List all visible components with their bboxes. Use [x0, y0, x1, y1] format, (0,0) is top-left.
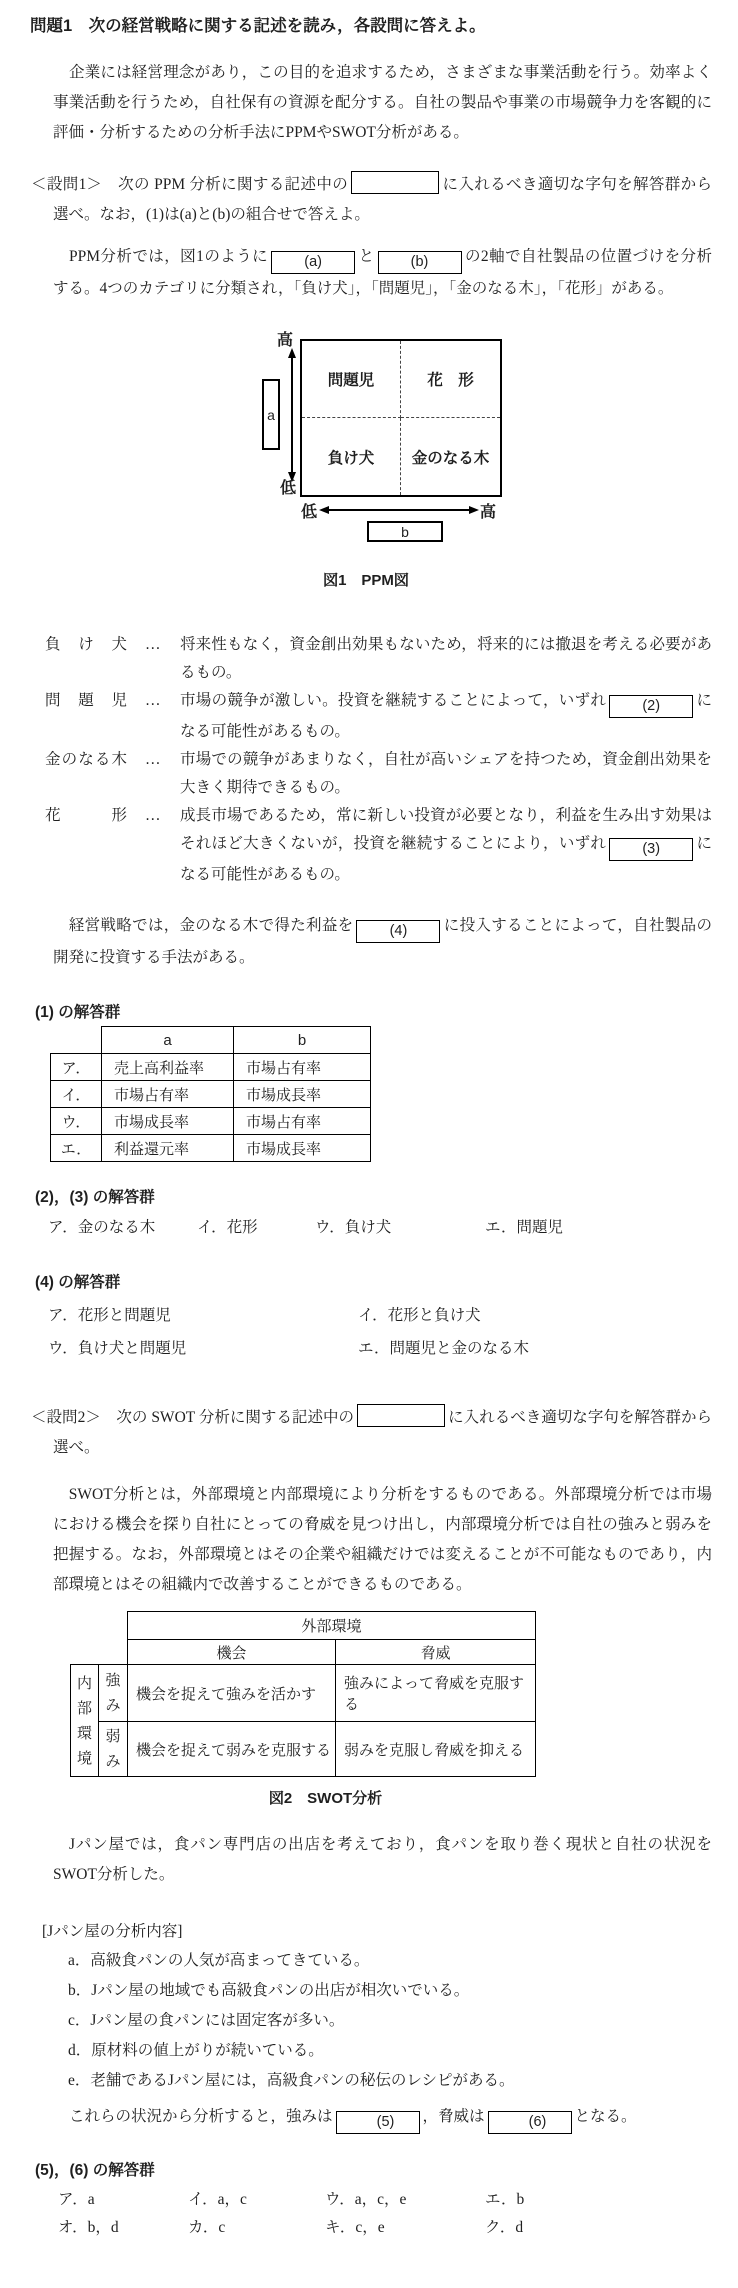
row-label: エ．: [51, 1135, 102, 1162]
answer-group-4-heading: (4) の解答群: [35, 1270, 738, 1292]
column-header-a: a: [102, 1027, 234, 1054]
quadrant-cash-cow: 金のなる木: [401, 418, 500, 495]
ppm-paragraph: PPM分析では，図1のように(a)と(b)の2軸で自社製品の位置づけを分析する。…: [53, 242, 712, 303]
option: ア．a: [58, 2186, 188, 2214]
x-axis-high-label: 高: [480, 499, 496, 522]
option: ア．金のなる木: [48, 1218, 197, 1237]
ppm-pre: PPM分析では，図1のように: [53, 248, 268, 265]
definition-star: 花形 … 成長市場であるため，常に新しい投資が必要となり，利益を生み出す効果はそ…: [45, 802, 712, 889]
figure1-ppm-diagram: 高 a 低 問題児 花 形 負け犬 金のなる木 低 高 b 図1 PPM図: [130, 331, 610, 593]
swot-header-row-1: 外部環境: [71, 1612, 536, 1640]
cell-strength-opportunity: 機会を捉えて強みを活かす: [128, 1665, 336, 1722]
row-label: ウ．: [51, 1108, 102, 1135]
y-axis-low-label: 低: [280, 475, 296, 498]
definition-dots: …: [127, 746, 180, 774]
q1-fill-in-blank-box: [351, 171, 439, 194]
answer-group-1-heading: (1) の解答群: [35, 1000, 738, 1022]
axis-b-box: b: [367, 521, 443, 542]
quadrant-problem-child: 問題児: [302, 341, 401, 418]
analysis-item-e: e．老舗であるJパン屋には，高級食パンの秘伝のレシピがある。: [68, 2066, 738, 2096]
definition-term: 花形: [45, 802, 127, 830]
blank-box-4: (4): [356, 920, 440, 943]
answer-group-23-heading: (2)，(3) の解答群: [35, 1185, 738, 1207]
intro-paragraph: 企業には経営理念があり，この目的を追求するため，さまざまな事業活動を行う。効率よ…: [53, 58, 712, 148]
definition-dog: 負け犬 … 将来性もなく，資金創出効果もないため，将来的には撤退を考える必要があ…: [45, 631, 712, 687]
definition-text: 市場での競争があまりなく，自社が高いシェアを持つため，資金創出効果を大きく期待で…: [180, 746, 712, 802]
question2-lead: ＜設問2＞ 次の SWOT 分析に関する記述中のに入れるべき適切な字句を解答群か…: [53, 1403, 712, 1463]
jbakery-paragraph: Jパン屋では，食パン専門店の出店を考えており，食パンを取り巻く現状と自社の状況を…: [53, 1830, 712, 1890]
cell-a-value: 利益還元率: [102, 1135, 234, 1162]
analysis-item-d: d．原材料の値上がりが続いている。: [68, 2036, 738, 2066]
analysis-item-c: c．Jパン屋の食パンには固定客が多い。: [68, 2006, 738, 2036]
analysis-list-title: [Jパン屋の分析内容]: [42, 1920, 738, 1944]
threat-header: 脅威: [336, 1640, 536, 1665]
swot-strength-row: 内部環境 強み 機会を捉えて強みを活かす 強みによって脅威を克服する: [71, 1665, 536, 1722]
answer-group-23-options: ア．金のなる木 イ．花形 ウ．負け犬 エ．問題児: [48, 1218, 738, 1237]
options-row: ウ．負け犬と問題児 エ．問題児と金のなる木: [48, 1332, 738, 1365]
strategy-paragraph: 経営戦略では，金のなる木で得た利益を(4)に投入することによって，自社製品の開発…: [53, 911, 712, 973]
row-label: イ．: [51, 1081, 102, 1108]
blank-box-b: (b): [378, 251, 462, 274]
option: カ．c: [188, 2214, 325, 2242]
option: エ．b: [485, 2186, 738, 2214]
definition-dots: …: [127, 802, 180, 830]
definition-dots: …: [127, 687, 180, 715]
definition-text: 成長市場であるため，常に新しい投資が必要となり，利益を生み出す効果はそれほど大き…: [180, 802, 712, 889]
option: イ．花形と負け犬: [358, 1299, 481, 1332]
blank-box-6: (6): [488, 2111, 572, 2134]
weakness-label: 弱み: [99, 1722, 128, 1777]
empty-corner-cell: [71, 1640, 128, 1665]
definition-text-pre: 市場の競争が激しい。投資を継続することによって，いずれ: [180, 692, 606, 709]
cell-weakness-opportunity: 機会を捉えて弱みを克服する: [128, 1722, 336, 1777]
internal-environment-label: 内部環境: [71, 1665, 99, 1777]
answer-group-56-options: ア．a イ．a，c ウ．a，c，e エ．b オ．b，d カ．c キ．c，e ク．…: [58, 2186, 738, 2242]
cell-b-value: 市場成長率: [234, 1081, 371, 1108]
q2-fill-in-blank-box: [357, 1404, 445, 1427]
ppm-matrix: 問題児 花 形 負け犬 金のなる木: [300, 339, 502, 497]
conclusion-post: となる。: [575, 2108, 637, 2125]
quadrant-star: 花 形: [401, 341, 500, 418]
option: ウ．負け犬: [315, 1218, 485, 1237]
analysis-items: a．高級食パンの人気が高まってきている。 b．Jパン屋の地域でも高級食パンの出店…: [68, 1946, 738, 2096]
empty-corner-cell: [71, 1612, 128, 1640]
cell-weakness-threat: 弱みを克服し脅威を抑える: [336, 1722, 536, 1777]
vertical-axis-arrow: [291, 357, 293, 473]
option: オ．b，d: [58, 2214, 188, 2242]
option: エ．問題児と金のなる木: [358, 1332, 529, 1365]
definition-text: 市場の競争が激しい。投資を継続することによって，いずれ(2)になる可能性があるも…: [180, 687, 712, 746]
analysis-item-b: b．Jパン屋の地域でも高級食パンの出店が相次いでいる。: [68, 1976, 738, 2006]
strength-label: 強み: [99, 1665, 128, 1722]
horizontal-axis-arrow: [328, 509, 470, 511]
category-definitions: 負け犬 … 将来性もなく，資金創出効果もないため，将来的には撤退を考える必要があ…: [45, 631, 712, 889]
option: イ．a，c: [188, 2186, 325, 2214]
options-row: ア．花形と問題児 イ．花形と負け犬: [48, 1299, 738, 1332]
swot-paragraph: SWOT分析とは，外部環境と内部環境により分析をするものである。外部環境分析では…: [53, 1480, 712, 1600]
option: ク．d: [485, 2214, 738, 2242]
cell-a-value: 市場占有率: [102, 1081, 234, 1108]
exam-document-page: { "problem": { "title": "問題1 次の経営戦略に関する記…: [0, 0, 738, 2288]
problem-title: 問題1 次の経営戦略に関する記述を読み，各設問に答えよ。: [30, 12, 738, 36]
analysis-item-a: a．高級食パンの人気が高まってきている。: [68, 1946, 738, 1976]
swot-header-row-2: 機会 脅威: [71, 1640, 536, 1665]
conclusion-paragraph: これらの状況から分析すると，強みは(5)，脅威は(6)となる。: [53, 2102, 712, 2134]
definition-problem-child: 問題児 … 市場の競争が激しい。投資を継続することによって，いずれ(2)になる可…: [45, 687, 712, 746]
opportunity-header: 機会: [128, 1640, 336, 1665]
definition-term: 問題児: [45, 687, 127, 715]
blank-box-3: (3): [609, 838, 693, 861]
blank-box-2: (2): [609, 695, 693, 718]
external-environment-header: 外部環境: [128, 1612, 536, 1640]
definition-term: 金のなる木: [45, 746, 127, 774]
figure1-caption: 図1 PPM図: [323, 569, 409, 590]
answer-group-1-table: a b ア． 売上高利益率 市場占有率 イ． 市場占有率 市場成長率 ウ． 市場…: [50, 1026, 371, 1162]
y-axis-high-label: 高: [277, 327, 293, 350]
table-row: エ． 利益還元率 市場成長率: [51, 1135, 371, 1162]
table-header-row: a b: [51, 1027, 371, 1054]
option: キ．c，e: [325, 2214, 485, 2242]
table-row: イ． 市場占有率 市場成長率: [51, 1081, 371, 1108]
cell-strength-threat: 強みによって脅威を克服する: [336, 1665, 536, 1722]
table-row: ア． 売上高利益率 市場占有率: [51, 1054, 371, 1081]
blank-box-5: (5): [336, 2111, 420, 2134]
quadrant-dog: 負け犬: [302, 418, 401, 495]
row-label: ア．: [51, 1054, 102, 1081]
cell-a-value: 売上高利益率: [102, 1054, 234, 1081]
definition-dots: …: [127, 631, 180, 659]
question1-lead: ＜設問1＞ 次の PPM 分析に関する記述中のに入れるべき適切な字句を解答群から…: [53, 170, 712, 230]
definition-cash-cow: 金のなる木 … 市場での競争があまりなく，自社が高いシェアを持つため，資金創出効…: [45, 746, 712, 802]
conclusion-pre: これらの状況から分析すると，強みは: [69, 2108, 333, 2125]
answer-group-4-options: ア．花形と問題児 イ．花形と負け犬 ウ．負け犬と問題児 エ．問題児と金のなる木: [48, 1299, 738, 1365]
q2-lead-pre: ＜設問2＞ 次の SWOT 分析に関する記述中の: [31, 1409, 354, 1426]
definition-term: 負け犬: [45, 631, 127, 659]
option: イ．花形: [197, 1218, 315, 1237]
axis-a-box: a: [262, 379, 280, 450]
strategy-pre: 経営戦略では，金のなる木で得た利益を: [53, 917, 353, 934]
answer-group-56-heading: (5)，(6) の解答群: [35, 2158, 738, 2180]
empty-corner-cell: [51, 1027, 102, 1054]
option: エ．問題児: [485, 1218, 563, 1237]
option: ウ．a，c，e: [325, 2186, 485, 2214]
definition-text: 将来性もなく，資金創出効果もないため，将来的には撤退を考える必要があるもの。: [180, 631, 712, 687]
conclusion-mid: ，脅威は: [423, 2108, 485, 2125]
column-header-b: b: [234, 1027, 371, 1054]
table-row: ウ． 市場成長率 市場占有率: [51, 1108, 371, 1135]
option: ウ．負け犬と問題児: [48, 1332, 358, 1365]
cell-a-value: 市場成長率: [102, 1108, 234, 1135]
blank-box-a: (a): [271, 251, 355, 274]
swot-weakness-row: 弱み 機会を捉えて弱みを克服する 弱みを克服し脅威を抑える: [71, 1722, 536, 1777]
cell-b-value: 市場成長率: [234, 1135, 371, 1162]
x-axis-low-label: 低: [301, 499, 317, 522]
cell-b-value: 市場占有率: [234, 1054, 371, 1081]
ppm-mid: と: [358, 248, 374, 265]
q1-lead-pre: ＜設問1＞ 次の PPM 分析に関する記述中の: [31, 176, 348, 193]
figure2-caption: 図2 SWOT分析: [70, 1787, 535, 1808]
swot-table: 外部環境 機会 脅威 内部環境 強み 機会を捉えて強みを活かす 強みによって脅威…: [70, 1611, 536, 1777]
figure2-swot-analysis: 外部環境 機会 脅威 内部環境 強み 機会を捉えて強みを活かす 強みによって脅威…: [70, 1611, 535, 1808]
cell-b-value: 市場占有率: [234, 1108, 371, 1135]
option: ア．花形と問題児: [48, 1299, 358, 1332]
